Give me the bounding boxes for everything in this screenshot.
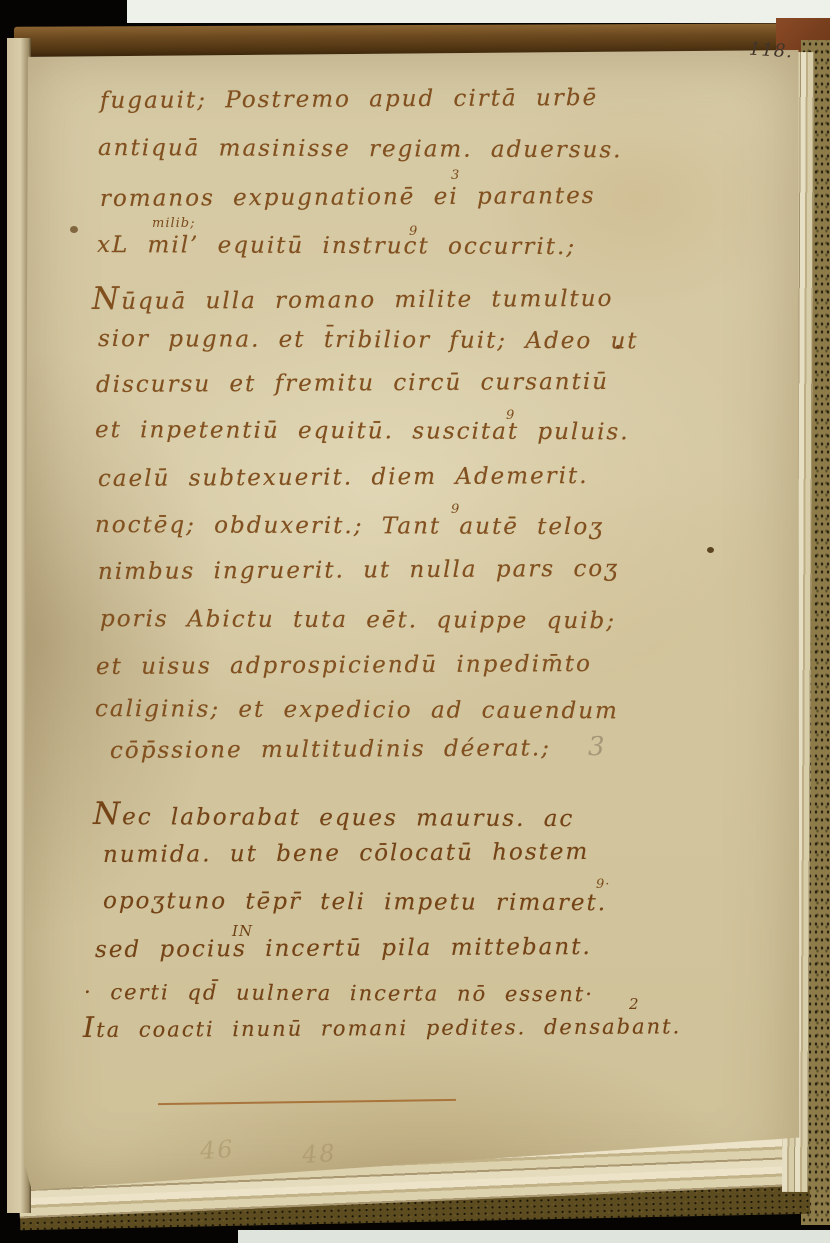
manuscript-line: Nec laborabat eques maurus. ac [93,796,575,834]
abbreviation-mark-eius: 3 [451,168,460,183]
manuscript-line: sed pocius incertū pila mittebant. [95,934,592,963]
abbreviation-mark-tantus: 9 [451,502,460,517]
manuscript-line: Ita coacti inunū romani pedites. densaba… [83,1007,681,1044]
abbreviation-mark-rimaretur: 9· [596,877,610,892]
scanner-background-bottom [238,1230,830,1243]
manuscript-line: · certi qd̄ uulnera incerta nō essent· [84,980,594,1006]
manuscript-line: nimbus ingruerit. ut nulla pars coʒ [98,556,619,585]
manuscript-line: et uisus adprospiciendū inpedim̄to [96,651,592,680]
abbreviation-mark-instructus: 9 [409,224,418,239]
scanner-background-top [127,0,830,23]
manuscript-line: discursu et fremitu circū cursantiū [96,369,609,398]
ghost-text: 46 [199,1135,235,1165]
margin-mark: 3 [588,732,605,762]
abbreviation-mark-densabantur: 2 [629,995,640,1013]
manuscript-line: opoʒtuno tēpr̄ teli impetu rimaret. [103,888,607,916]
manuscript-line: fugauit; Postremo apud cirtā urbē [100,85,598,114]
interlinear-gloss-milibus: milib; [152,216,196,231]
interlinear-correction-in: IN [232,922,253,940]
ink-speck [70,226,78,233]
manuscript-line: poris Abictu tuta eēt. quippe quib; [100,606,616,634]
manuscript-line: caliginis; et expedicio ad cauendum [95,696,619,724]
manuscript-line: noctēq; obduxerit.; Tant autē teloʒ [95,512,604,540]
ink-speck [616,345,620,349]
ghost-text: 48 [301,1139,337,1169]
manuscript-line: Nūquā ulla romano milite tumultuo [92,278,614,317]
manuscript-line: caelū subtexuerit. diem Ademerit. [98,463,589,492]
abbreviation-mark-suscitatus: 9 [506,408,515,423]
ink-speck [707,547,714,553]
manuscript-line: numida. ut bene cōlocatū hostem [103,839,589,868]
manuscript-line: antiquā masinisse regiam. aduersus. [98,135,623,163]
manuscript-line: sior pugna. et t̄ribilior fuit; Adeo ut [98,326,639,354]
manuscript-photo: 118. fugauit; Postremo apud cirtā urbē a… [0,0,830,1243]
manuscript-line: romanos expugnationē ei parantes [100,183,596,212]
manuscript-line: xL mil’ equitū instruct occurrit.; [97,232,576,260]
manuscript-line: cōp̄ssione multitudinis déerat.; [110,735,551,764]
folio-number: 118. [748,38,793,62]
manuscript-line: et inpetentiū equitū. suscitat puluis. [95,417,630,445]
